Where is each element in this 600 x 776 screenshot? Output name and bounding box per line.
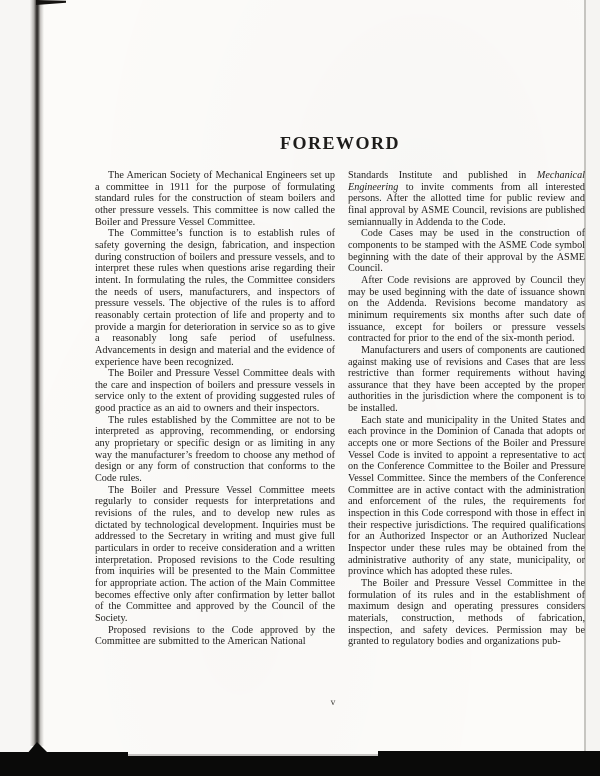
text-run: Proposed revisions to the Code approved …: [95, 625, 335, 648]
text-run: Code Cases may be used in the constructi…: [348, 228, 585, 274]
paragraph: The Boiler and Pressure Vessel Committee…: [95, 485, 335, 625]
page-title: FOREWORD: [95, 133, 585, 154]
paragraph: The Committee’s function is to establish…: [95, 228, 335, 368]
text-run: The rules established by the Committee a…: [95, 415, 335, 484]
paragraph: The Boiler and Pressure Vessel Committee…: [348, 578, 585, 648]
right-outer-strip: [586, 0, 600, 752]
paragraph: After Code revisions are approved by Cou…: [348, 275, 585, 345]
page-number: v: [95, 698, 571, 708]
scanner-black-band-right: [378, 751, 600, 776]
paragraph: Standards Institute and published in Mec…: [348, 170, 585, 228]
text-run: The Boiler and Pressure Vessel Committee…: [95, 368, 335, 414]
paragraph: Proposed revisions to the Code approved …: [95, 625, 335, 648]
paragraph: The American Society of Mechanical Engin…: [95, 170, 335, 228]
scanner-black-band-left: [0, 752, 128, 776]
paragraph: Each state and municipality in the Unite…: [348, 415, 585, 578]
text-run: After Code revisions are approved by Cou…: [348, 275, 585, 344]
text-run: The American Society of Mechanical Engin…: [95, 170, 335, 228]
left-outer-strip: [0, 0, 31, 752]
paragraph: The Boiler and Pressure Vessel Committee…: [95, 368, 335, 415]
text-run: The Boiler and Pressure Vessel Committee…: [348, 578, 585, 647]
text-run: The Committee’s function is to establish…: [95, 228, 335, 367]
paragraph: The rules established by the Committee a…: [95, 415, 335, 485]
book-spine-shadow: [30, 0, 44, 746]
text-columns: The American Society of Mechanical Engin…: [95, 170, 585, 648]
paragraph: Code Cases may be used in the constructi…: [348, 228, 585, 275]
text-run: Manufacturers and users of components ar…: [348, 345, 585, 414]
page-corner-mark: [36, 0, 66, 5]
paragraph: Manufacturers and users of components ar…: [348, 345, 585, 415]
scanned-page: FOREWORD The American Society of Mechani…: [0, 0, 600, 776]
text-column-right: Standards Institute and published in Mec…: [348, 170, 585, 648]
text-run: Standards Institute and published in: [348, 170, 537, 181]
text-run: The Boiler and Pressure Vessel Committee…: [95, 485, 335, 624]
text-run: Each state and municipality in the Unite…: [348, 415, 585, 578]
text-column-left: The American Society of Mechanical Engin…: [95, 170, 335, 648]
